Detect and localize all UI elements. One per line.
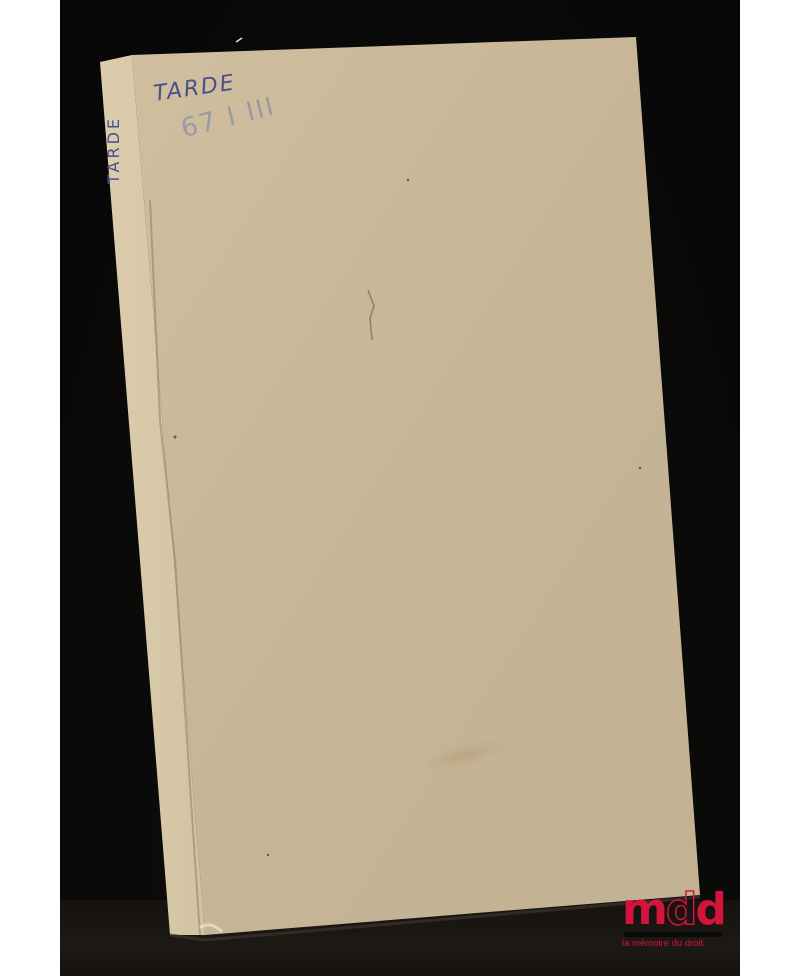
logo-letter-d-outline: d	[666, 884, 696, 935]
logo-letter-d: d	[695, 884, 725, 935]
product-photo: TARDE 67 I III TARDE mdd la mémoire du d…	[0, 0, 800, 976]
logo-underline	[624, 932, 722, 937]
logo-wordmark: mdd	[622, 888, 725, 932]
mdd-logo: mdd la mémoire du droit	[622, 888, 732, 948]
logo-letter-m: m	[622, 884, 666, 935]
logo-tagline: la mémoire du droit	[622, 938, 732, 949]
front-cover	[132, 37, 700, 935]
spine-handwritten-name: TARDE	[104, 116, 123, 184]
